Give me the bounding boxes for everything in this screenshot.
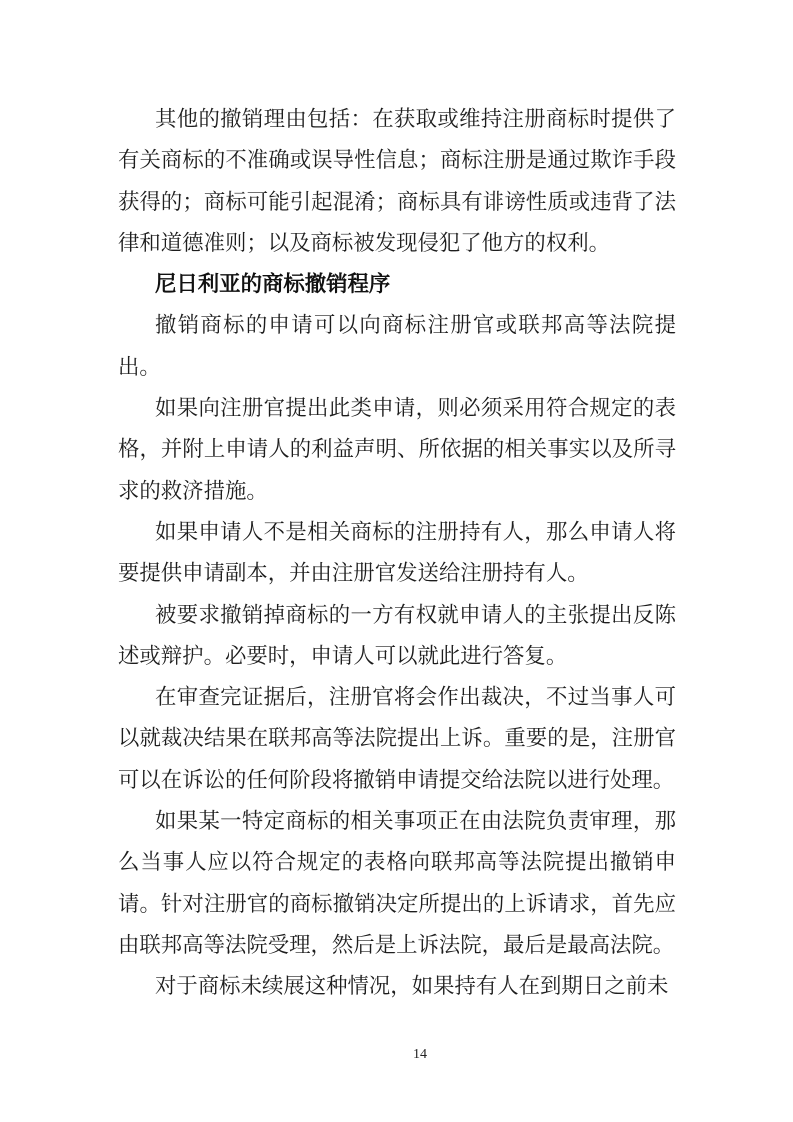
document-page: 其他的撤销理由包括：在获取或维持注册商标时提供了有关商标的不准确或误导性信息；商… (0, 0, 793, 1122)
paragraph: 如果申请人不是相关商标的注册持有人，那么申请人将要提供申请副本，并由注册官发送给… (118, 512, 676, 595)
paragraph: 其他的撤销理由包括：在获取或维持注册商标时提供了有关商标的不准确或误导性信息；商… (118, 99, 676, 264)
paragraph: 对于商标未续展这种情况，如果持有人在到期日之前未 (118, 966, 676, 1007)
paragraph: 在审查完证据后，注册官将会作出裁决，不过当事人可以就裁决结果在联邦高等法院提出上… (118, 677, 676, 801)
paragraph: 被要求撤销掉商标的一方有权就申请人的主张提出反陈述或辩护。必要时，申请人可以就此… (118, 595, 676, 678)
page-number: 14 (405, 1046, 435, 1064)
paragraph: 如果向注册官提出此类申请，则必须采用符合规定的表格，并附上申请人的利益声明、所依… (118, 388, 676, 512)
paragraph: 撤销商标的申请可以向商标注册官或联邦高等法院提出。 (118, 305, 676, 388)
document-body: 其他的撤销理由包括：在获取或维持注册商标时提供了有关商标的不准确或误导性信息；商… (118, 99, 676, 1008)
section-heading: 尼日利亚的商标撤销程序 (118, 264, 676, 305)
paragraph: 如果某一特定商标的相关事项正在由法院负责审理，那么当事人应以符合规定的表格向联邦… (118, 801, 676, 966)
